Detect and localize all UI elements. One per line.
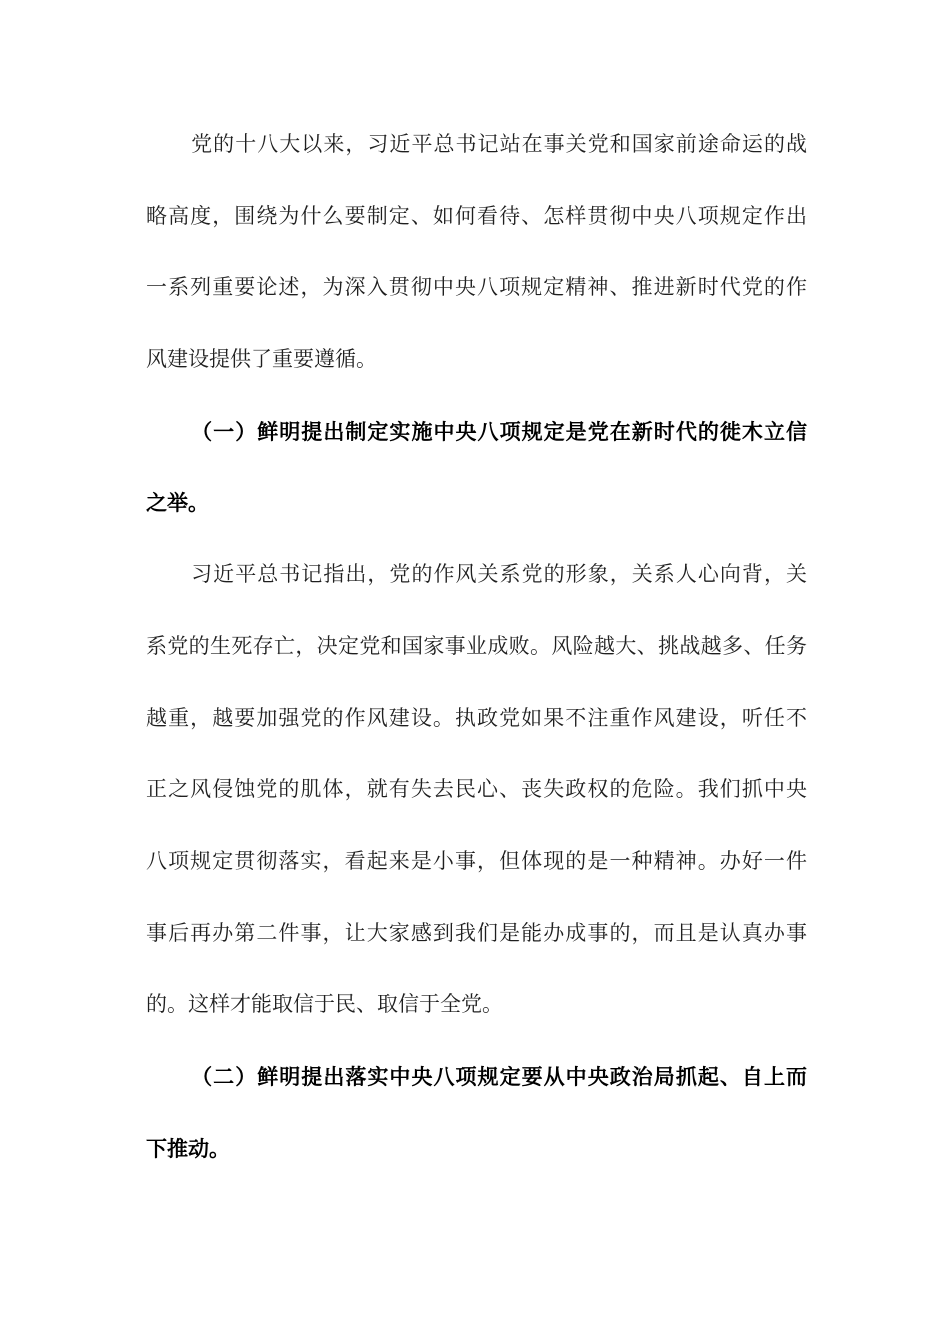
text-line: 事后再办第二件事，让大家感到我们是能办成事的，而且是认真办事 xyxy=(146,898,807,970)
text-line: 党的十八大以来，习近平总书记站在事关党和国家前途命运的战 xyxy=(146,109,807,181)
heading-line: （二）鲜明提出落实中央八项规定要从中央政治局抓起、自上而 xyxy=(146,1041,807,1113)
text-line: 习近平总书记指出，党的作风关系党的形象，关系人心向背，关 xyxy=(146,539,807,611)
heading-line: 下推动。 xyxy=(146,1113,807,1185)
text-line: 的。这样才能取信于民、取信于全党。 xyxy=(146,969,807,1041)
text-line: 一系列重要论述，为深入贯彻中央八项规定精神、推进新时代党的作 xyxy=(146,252,807,324)
text-line: 越重，越要加强党的作风建设。执政党如果不注重作风建设，听任不 xyxy=(146,683,807,755)
text-line: 系党的生死存亡，决定党和国家事业成败。风险越大、挑战越多、任务 xyxy=(146,611,807,683)
heading-line: 之举。 xyxy=(146,467,807,539)
document-text: 党的十八大以来，习近平总书记站在事关党和国家前途命运的战略高度，围绕为什么要制定… xyxy=(146,109,807,1184)
document-page: 党的十八大以来，习近平总书记站在事关党和国家前途命运的战略高度，围绕为什么要制定… xyxy=(0,0,950,1344)
text-line: 风建设提供了重要遵循。 xyxy=(146,324,807,396)
text-line: 八项规定贯彻落实，看起来是小事，但体现的是一种精神。办好一件 xyxy=(146,826,807,898)
text-line: 正之风侵蚀党的肌体，就有失去民心、丧失政权的危险。我们抓中央 xyxy=(146,754,807,826)
text-line: 略高度，围绕为什么要制定、如何看待、怎样贯彻中央八项规定作出 xyxy=(146,181,807,253)
heading-line: （一）鲜明提出制定实施中央八项规定是党在新时代的徙木立信 xyxy=(146,396,807,468)
